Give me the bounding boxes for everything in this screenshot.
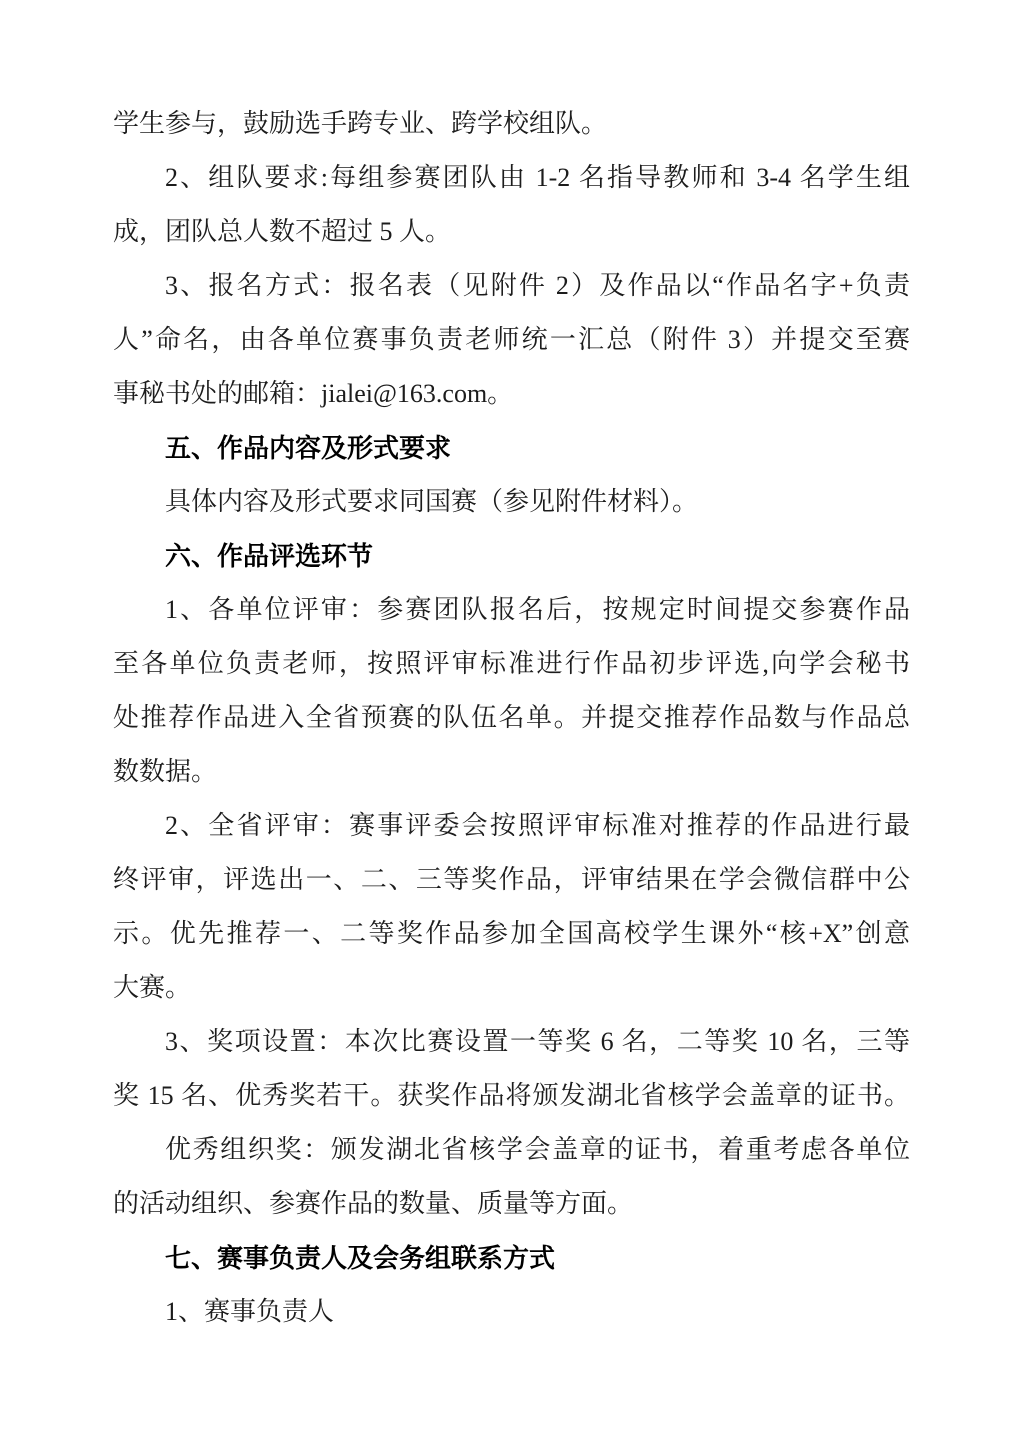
document-body-text: 学生参与，鼓励选手跨专业、跨学校组队。2、组队要求:每组参赛团队由 1-2 名指… [113,97,910,1339]
text-line: 3、报名方式：报名表（见附件 2）及作品以“作品名字+负责 [113,259,910,313]
text-line: 2、组队要求:每组参赛团队由 1-2 名指导教师和 3-4 名学生组 [113,151,910,205]
text-line: 优秀组织奖：颁发湖北省核学会盖章的证书，着重考虑各单位 [113,1123,910,1177]
text-line: 大赛。 [113,961,910,1015]
text-line: 3、奖项设置：本次比赛设置一等奖 6 名，二等奖 10 名，三等 [113,1015,910,1069]
text-line: 1、赛事负责人 [113,1285,910,1339]
text-line: 示。优先推荐一、二等奖作品参加全国高校学生课外“核+X”创意 [113,907,910,961]
text-line: 终评审，评选出一、二、三等奖作品，评审结果在学会微信群中公 [113,853,910,907]
text-line: 事秘书处的邮箱：jialei@163.com。 [113,367,910,421]
text-line: 数数据。 [113,745,910,799]
text-line: 成，团队总人数不超过 5 人。 [113,205,910,259]
text-line: 至各单位负责老师，按照评审标准进行作品初步评选,向学会秘书 [113,637,910,691]
section-heading: 六、作品评选环节 [113,529,910,583]
text-line: 1、各单位评审：参赛团队报名后，按规定时间提交参赛作品 [113,583,910,637]
section-heading: 五、作品内容及形式要求 [113,421,910,475]
text-line: 2、全省评审：赛事评委会按照评审标准对推荐的作品进行最 [113,799,910,853]
text-line: 处推荐作品进入全省预赛的队伍名单。并提交推荐作品数与作品总 [113,691,910,745]
document-page: 学生参与，鼓励选手跨专业、跨学校组队。2、组队要求:每组参赛团队由 1-2 名指… [0,0,1024,1448]
text-line: 的活动组织、参赛作品的数量、质量等方面。 [113,1177,910,1231]
section-heading: 七、赛事负责人及会务组联系方式 [113,1231,910,1285]
text-line: 学生参与，鼓励选手跨专业、跨学校组队。 [113,97,910,151]
text-line: 奖 15 名、优秀奖若干。获奖作品将颁发湖北省核学会盖章的证书。 [113,1069,910,1123]
text-line: 具体内容及形式要求同国赛（参见附件材料）。 [113,475,910,529]
text-line: 人”命名，由各单位赛事负责老师统一汇总（附件 3）并提交至赛 [113,313,910,367]
